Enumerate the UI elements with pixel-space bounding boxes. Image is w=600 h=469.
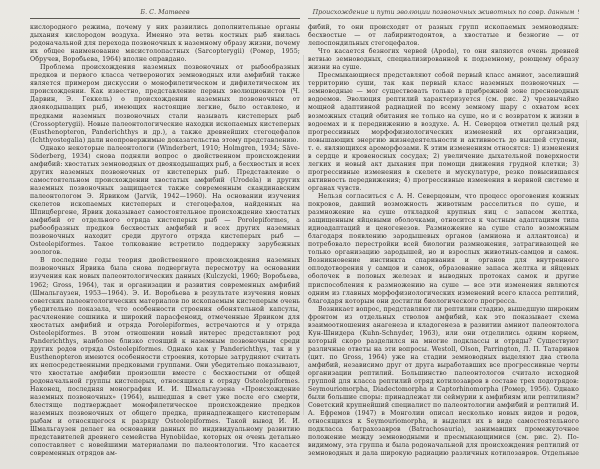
paragraph: Что касается безногих червей (Apoda), то… xyxy=(308,48,579,72)
page-right: Происхождение и пути эволюции позвоночны… xyxy=(308,7,579,459)
head-rule-left xyxy=(30,18,300,19)
running-head-right-text: Происхождение и пути эволюции позвоночны… xyxy=(313,8,575,16)
page-left: 92 Б. С. Матвеев кислородного режима, по… xyxy=(30,7,300,459)
page-edge-line xyxy=(586,120,587,410)
paragraph: Проблема происхождения наземных позвоноч… xyxy=(30,64,300,144)
page-number-right: 93 xyxy=(578,7,579,18)
text-column-right: фибий, то они происходят от разных групп… xyxy=(308,24,579,459)
head-rule-right xyxy=(308,18,579,19)
book-spread: 92 Б. С. Матвеев кислородного режима, по… xyxy=(0,0,600,469)
paragraph: кислородного режима, почему у них развил… xyxy=(30,24,300,64)
running-head-left: 92 Б. С. Матвеев xyxy=(30,7,300,18)
paragraph: Пресмыкающиеся представляют собой первый… xyxy=(308,72,579,193)
running-head-left-text: Б. С. Матвеев xyxy=(140,8,189,16)
paragraph: Нельзя согласиться с А. Н. Северцовым, ч… xyxy=(308,193,579,306)
running-head-right: Происхождение и пути эволюции позвоночны… xyxy=(308,7,579,18)
paragraph: В последние годы теория двойственного пр… xyxy=(30,257,300,458)
page-gutter-line xyxy=(303,55,304,415)
paragraph: Возникает вопрос, представляют ли рептил… xyxy=(308,306,579,459)
paragraph: фибий, то они происходят от разных групп… xyxy=(308,24,579,48)
paragraph: Однако некоторые палеонтологи (Winderber… xyxy=(30,145,300,258)
text-column-left: кислородного режима, почему у них развил… xyxy=(30,24,300,459)
